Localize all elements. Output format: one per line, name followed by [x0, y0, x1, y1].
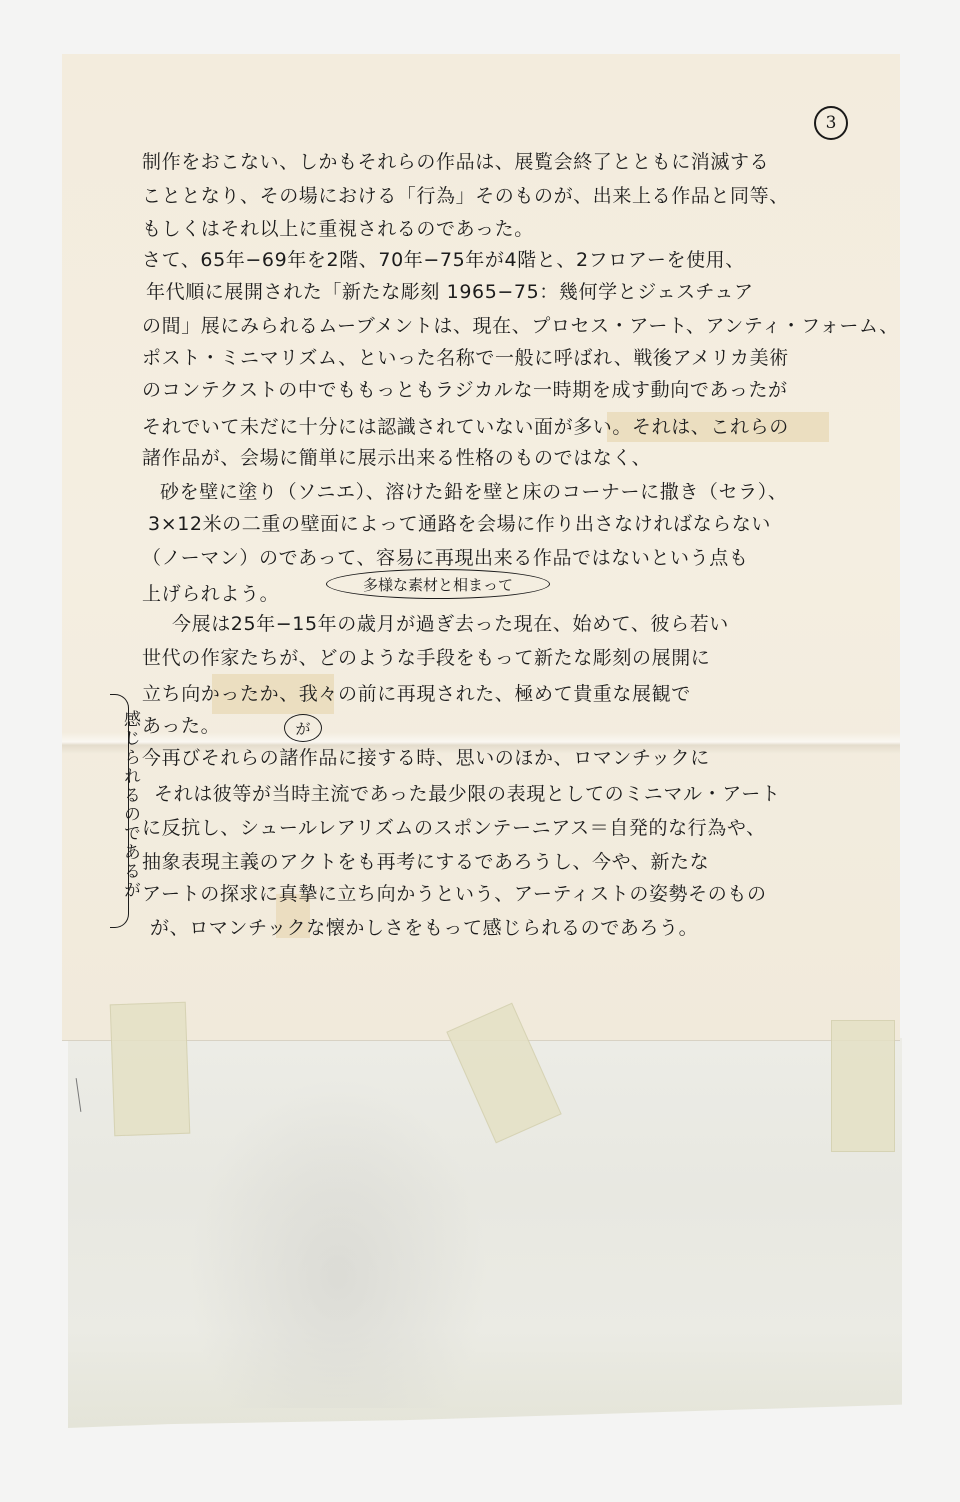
manuscript-line: 抽象表現主義のアクトをも再考にするであろうし、今や、新たな — [142, 850, 709, 874]
manuscript-line: 立ち向かったか、我々の前に再現された、極めて貴重な展観で — [142, 682, 691, 706]
insertion-text: が — [295, 718, 310, 739]
manuscript-line: さて、65年−69年を2階、70年−75年が4階と、2フロアーを使用、 — [142, 248, 745, 272]
manuscript-line: もしくはそれ以上に重視されるのであった。 — [142, 217, 534, 241]
manuscript-line: のコンテクストの中でももっともラジカルな一時期を成す動向であったが — [142, 378, 788, 402]
manuscript-line: 今展は25年−15年の歳月が過ぎ去った現在、始めて、彼ら若い — [172, 612, 729, 636]
manuscript-line: の間」展にみられるムーブメントは、現在、プロセス・アート、アンティ・フォーム、 — [142, 314, 899, 338]
manuscript-page: 3 制作をおこない、しかもそれらの作品は、展覧会終了とともに消滅する こととなり… — [62, 54, 900, 1040]
manuscript-line: 諸作品が、会場に簡単に展示出来る性格のものではなく、 — [142, 446, 651, 470]
manuscript-line: それでいて未だに十分には認識されていない面が多い。それは、これらの — [142, 415, 789, 439]
manuscript-line: 世代の作家たちが、どのような手段をもって新たな彫刻の展開に — [142, 646, 710, 670]
manuscript-line: こととなり、その場における「行為」そのものが、出来上る作品と同等、 — [142, 184, 789, 208]
manuscript-line: 砂を壁に塗り（ソニエ）、溶けた鉛を壁と床のコーナーに撒き（セラ）、 — [160, 480, 787, 504]
manuscript-line: それは彼等が当時主流であった最少限の表現としてのミニマル・アート — [154, 782, 780, 806]
manuscript-line: 年代順に展開された「新たな彫刻 1965−75：幾何学とジェスチュア — [146, 280, 754, 304]
manuscript-line: アートの探求に真摯に立ち向かうという、アーティストの姿勢そのもの — [142, 882, 767, 906]
circled-kana: が — [284, 714, 322, 742]
manuscript-line: に反抗し、シュールレアリズムのスポンテーニアス＝自発的な行為や、 — [142, 816, 766, 840]
manuscript-line: ポスト・ミニマリズム、といった名称で一般に呼ばれ、戦後アメリカ美術 — [142, 346, 789, 370]
manuscript-line: （ノーマン）のであって、容易に再現出来る作品ではないという点も — [142, 546, 748, 570]
tape-right — [831, 1020, 895, 1152]
manuscript-line: あった。 — [142, 714, 220, 738]
manuscript-line: 上げられよう。 — [142, 582, 279, 606]
pencil-mark — [76, 1078, 82, 1112]
page-number: 3 — [826, 113, 837, 133]
manuscript-line: が、ロマンチックな懐かしさをもって感じられるのであろう。 — [150, 916, 698, 940]
manuscript-line: 今再びそれらの諸作品に接する時、思いのほか、ロマンチックに — [142, 746, 710, 770]
page-number-circle: 3 — [814, 106, 848, 140]
manuscript-line: 3×12米の二重の壁面によって通路を会場に作り出さなければならない — [148, 512, 771, 536]
circled-insertion: 多様な素材と相まって — [326, 569, 550, 599]
margin-annotation: 感じられるのであるが — [118, 710, 140, 900]
tape-left — [110, 1002, 191, 1137]
manuscript-line: 制作をおこない、しかもそれらの作品は、展覧会終了とともに消滅する — [142, 150, 769, 174]
paper-stain — [188, 1078, 488, 1408]
insertion-text: 多様な素材と相まって — [363, 574, 513, 595]
